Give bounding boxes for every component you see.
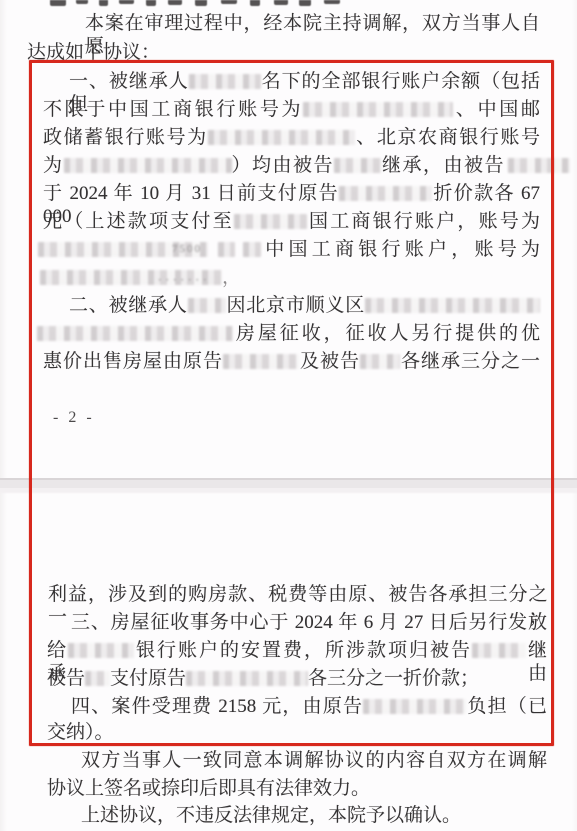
red-highlight-annotation-box <box>29 60 554 746</box>
text-run: 上述协议，不违反法律规定，本院予以确认。 <box>81 805 461 826</box>
glyph-fragment <box>299 0 311 6</box>
glyph-fragment <box>76 0 88 4</box>
glyph-fragment <box>99 0 108 6</box>
cropped-previous-line <box>0 0 577 8</box>
document-photo: 本案在审理过程中，经本院主持调解，双方当事人自愿达成如下协议：一、被继承人名下的… <box>0 0 577 831</box>
glyph-fragment <box>221 0 237 4</box>
glyph-fragment <box>168 0 182 5</box>
glyph-fragment <box>146 0 156 6</box>
glyph-fragment <box>195 0 207 6</box>
text-run: 协议上签名或捺印后即具有法律效力。 <box>47 778 370 799</box>
text-line: 本案在审理过程中，经本院主持调解，双方当事人自愿 <box>85 12 540 35</box>
glyph-fragment <box>324 0 340 4</box>
glyph-fragment <box>274 0 288 5</box>
glyph-fragment <box>250 0 260 6</box>
glyph-fragment <box>119 0 134 4</box>
text-line: 双方当事人一致同意本调解协议的内容自双方在调解 <box>81 749 547 772</box>
text-line: 上述协议，不违反法律规定，本院予以确认。 <box>81 804 461 827</box>
text-line: 协议上签名或捺印后即具有法律效力。 <box>47 777 370 800</box>
glyph-fragment <box>50 0 66 6</box>
text-run: 双方当事人一致同意本调解协议的内容自双方在调解 <box>81 750 547 771</box>
